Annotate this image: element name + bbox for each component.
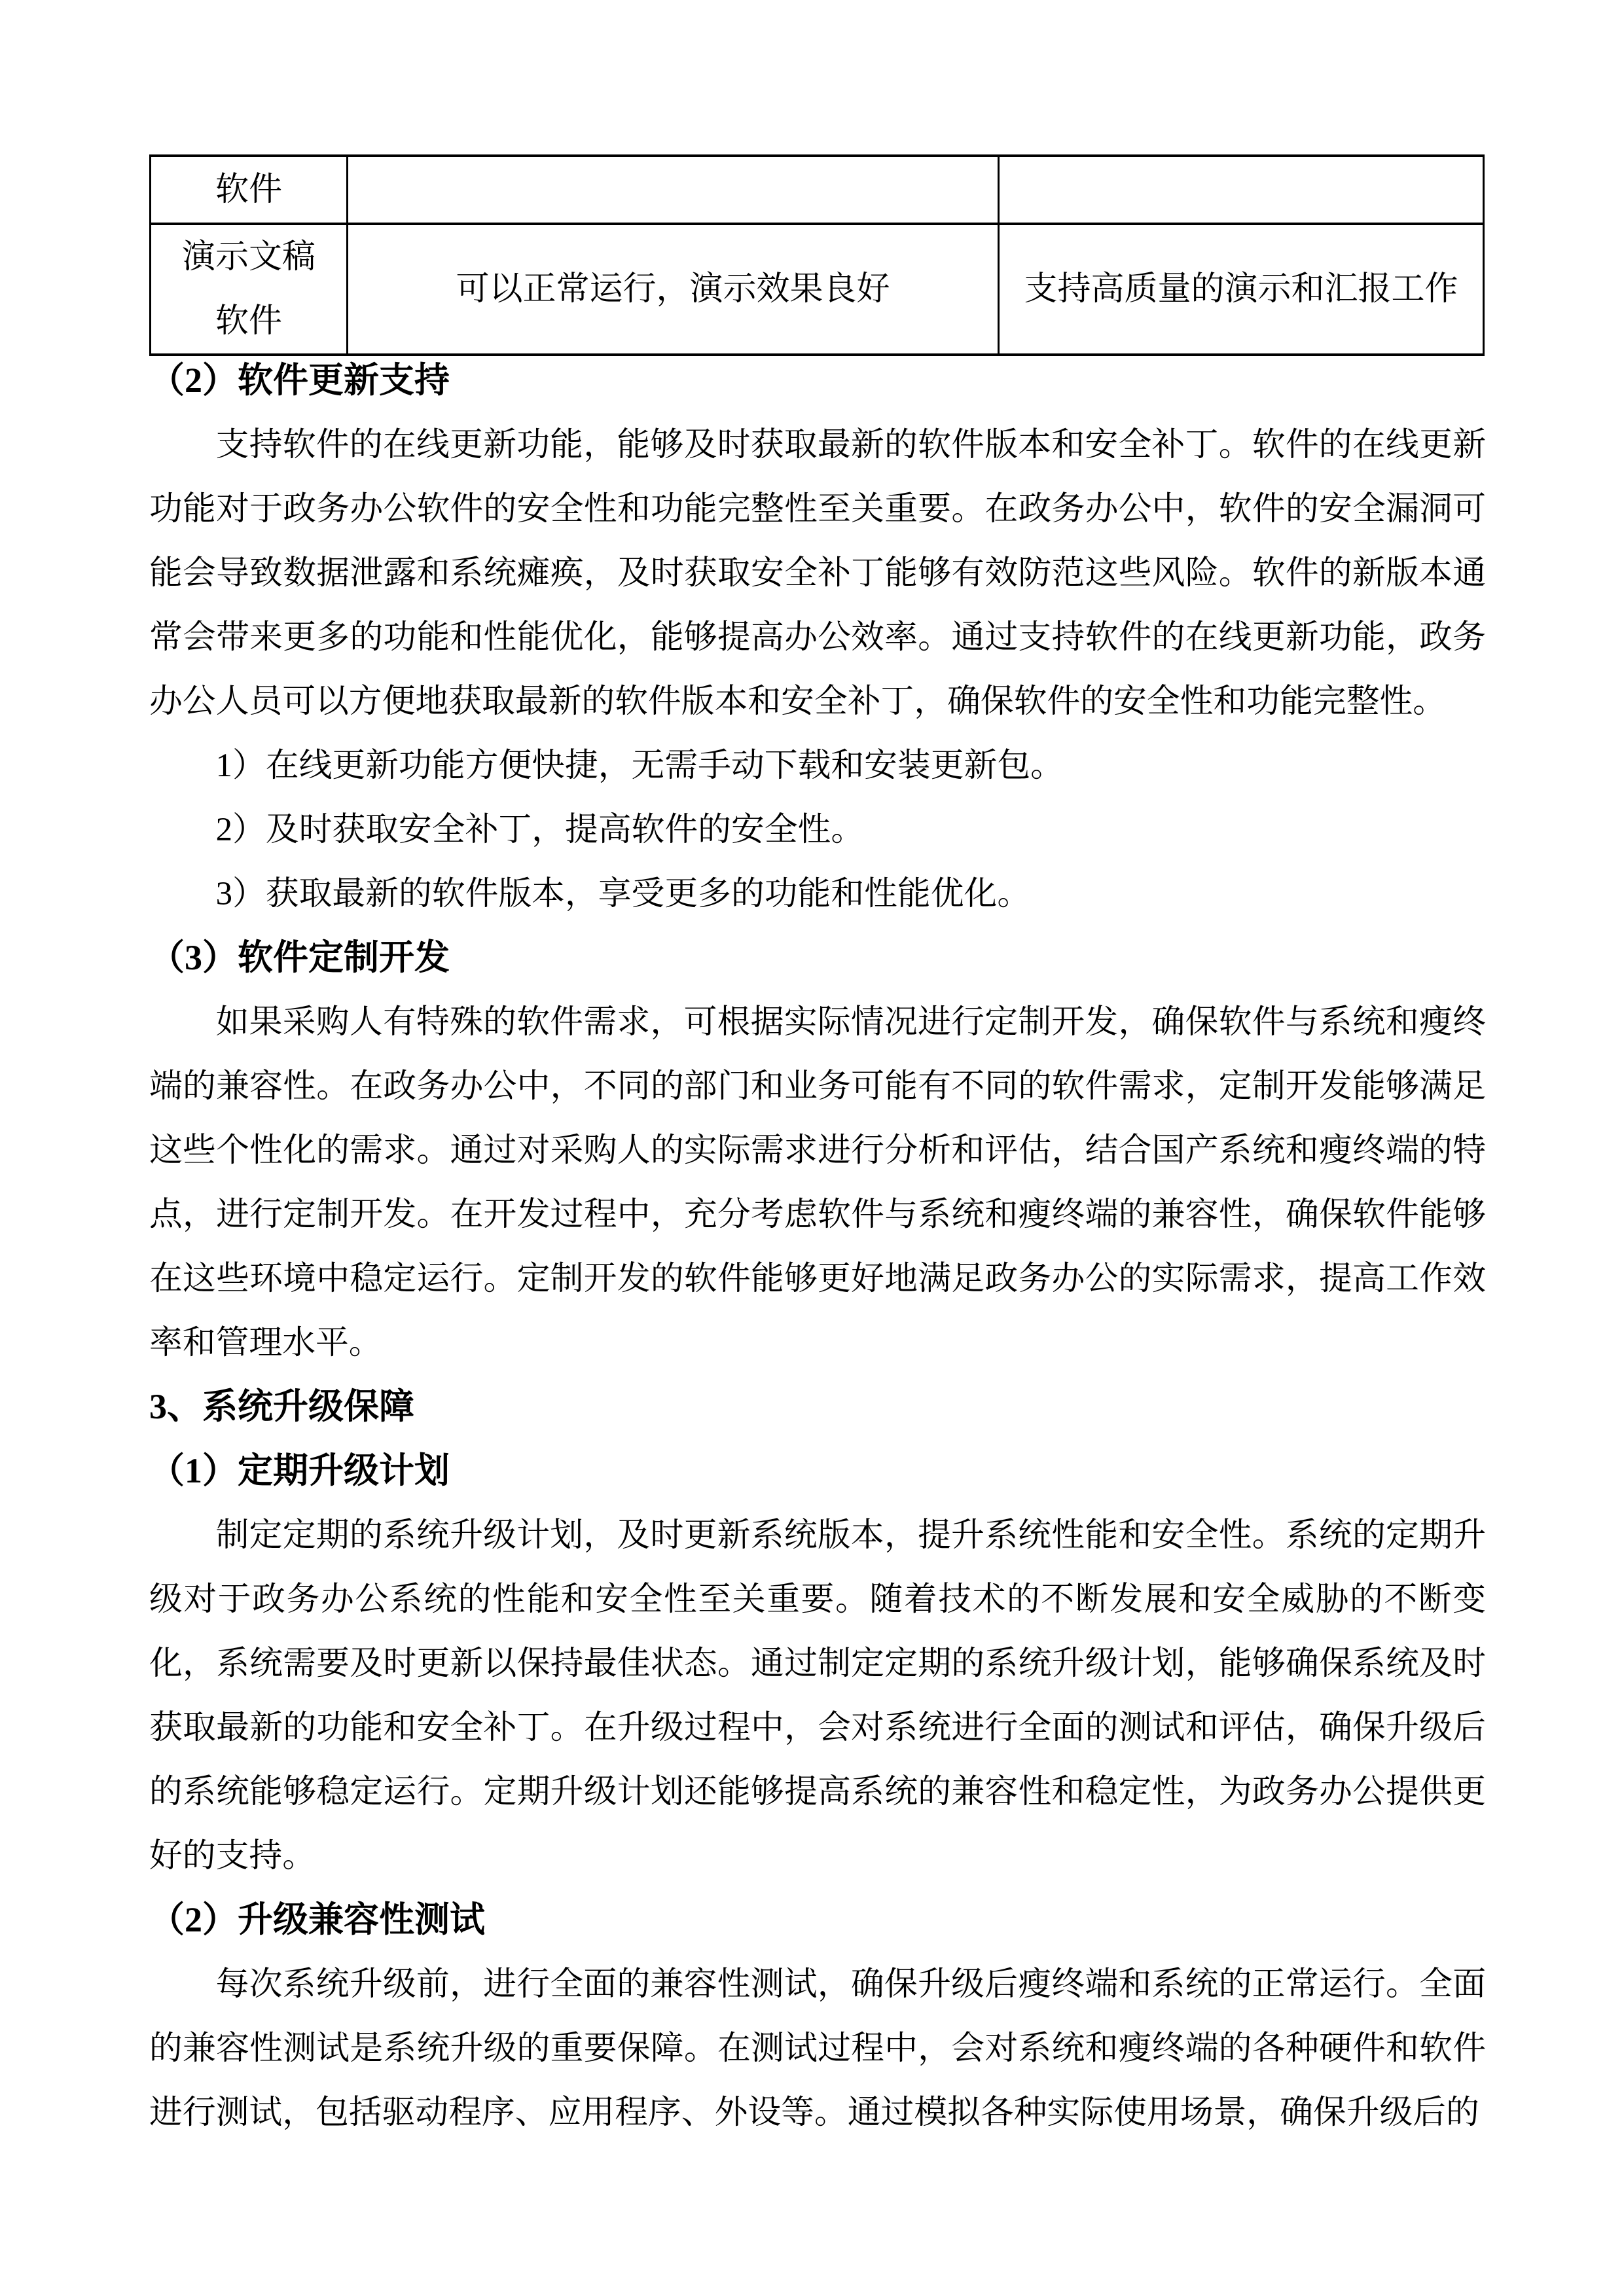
table-cell-run-status: 可以正常运行，演示效果良好 bbox=[348, 224, 999, 355]
paragraph-regular-upgrade-plan: 制定定期的系统升级计划，及时更新系统版本，提升系统性能和安全性。系统的定期升级对… bbox=[149, 1503, 1486, 1888]
document-body: （2）软件更新支持 支持软件的在线更新功能，能够及时获取最新的软件版本和安全补丁… bbox=[149, 348, 1486, 2144]
table-row: 软件 bbox=[151, 156, 1484, 224]
heading-system-upgrade-guarantee: 3、系统升级保障 bbox=[149, 1374, 1486, 1439]
table-cell-benefit bbox=[999, 156, 1484, 224]
list-item-update-1: 1）在线更新功能方便快捷，无需手动下载和安装更新包。 bbox=[149, 733, 1486, 797]
paragraph-software-update-support: 支持软件的在线更新功能，能够及时获取最新的软件版本和安全补丁。软件的在线更新功能… bbox=[149, 412, 1486, 733]
table-row: 演示文稿软件 可以正常运行，演示效果良好 支持高质量的演示和汇报工作 bbox=[151, 224, 1484, 355]
heading-upgrade-compatibility-test: （2）升级兼容性测试 bbox=[149, 1888, 1486, 1952]
document-page: 软件 演示文稿软件 可以正常运行，演示效果良好 支持高质量的演示和汇报工作 （2… bbox=[0, 0, 1624, 2296]
table-cell-software-name: 演示文稿软件 bbox=[151, 224, 348, 355]
table-cell-benefit: 支持高质量的演示和汇报工作 bbox=[999, 224, 1484, 355]
list-item-update-3: 3）获取最新的软件版本，享受更多的功能和性能优化。 bbox=[149, 861, 1486, 925]
heading-regular-upgrade-plan: （1）定期升级计划 bbox=[149, 1439, 1486, 1503]
heading-software-update-support: （2）软件更新支持 bbox=[149, 348, 1486, 412]
paragraph-software-custom-development: 如果采购人有特殊的软件需求，可根据实际情况进行定制开发，确保软件与系统和瘦终端的… bbox=[149, 990, 1486, 1374]
table-cell-run-status bbox=[348, 156, 999, 224]
software-compatibility-table: 软件 演示文稿软件 可以正常运行，演示效果良好 支持高质量的演示和汇报工作 bbox=[149, 154, 1485, 356]
paragraph-upgrade-compatibility-test: 每次系统升级前，进行全面的兼容性测试，确保升级后瘦终端和系统的正常运行。全面的兼… bbox=[149, 1952, 1486, 2144]
heading-software-custom-development: （3）软件定制开发 bbox=[149, 925, 1486, 990]
table-cell-software-name: 软件 bbox=[151, 156, 348, 224]
list-item-update-2: 2）及时获取安全补丁，提高软件的安全性。 bbox=[149, 797, 1486, 861]
